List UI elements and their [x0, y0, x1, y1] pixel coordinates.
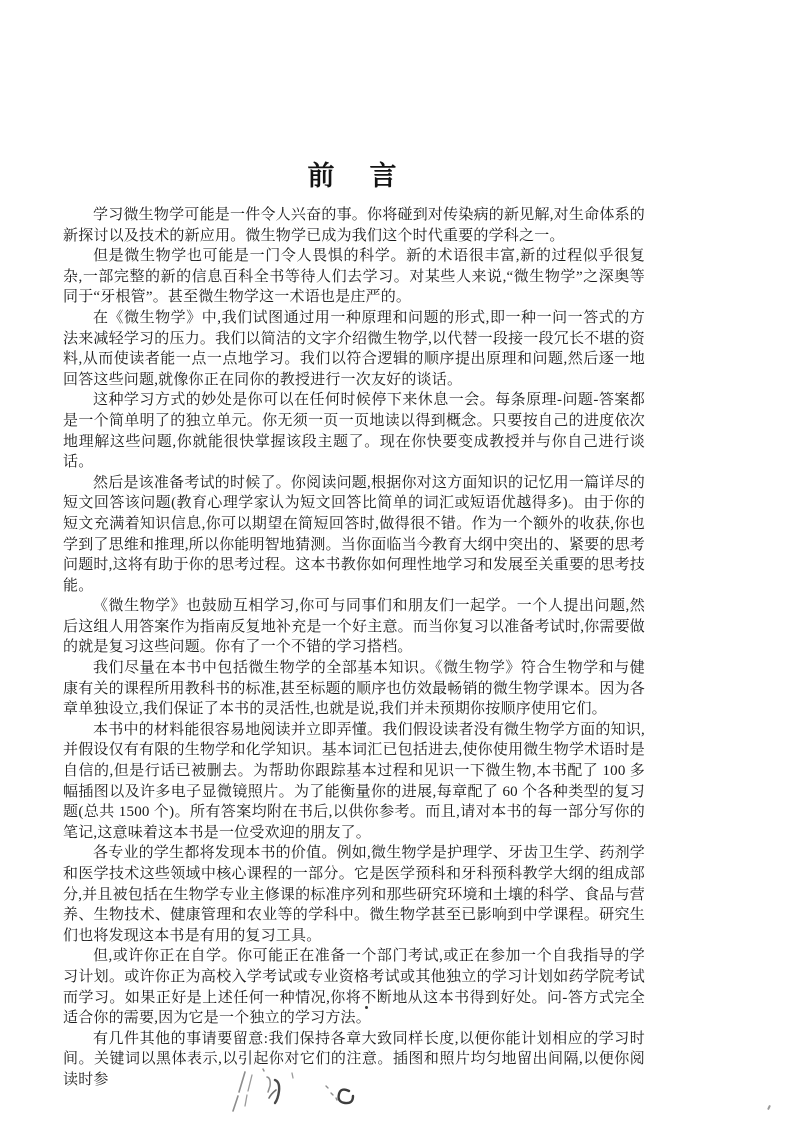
preface-body: 学习微生物学可能是一件令人兴奋的事。你将碰到对传染病的新见解,对生命体系的新探讨…: [63, 205, 645, 1091]
scan-edge-speck: [767, 1105, 771, 1110]
print-speck: [365, 1006, 368, 1009]
preface-paragraph-5: 然后是该准备考试的时候了。你阅读问题,根据你对这方面知识的记忆用一篇详尽的短文回…: [63, 473, 645, 597]
preface-paragraph-9: 各专业的学生都将发现本书的价值。例如,微生物学是护理学、牙齿卫生学、药剂学和医学…: [63, 843, 645, 946]
preface-paragraph-1: 学习微生物学可能是一件令人兴奋的事。你将碰到对传染病的新见解,对生命体系的新探讨…: [63, 205, 645, 246]
handwritten-pencil-mark: [225, 1064, 360, 1118]
preface-paragraph-3: 在《微生物学》中,我们试图通过用一种原理和问题的形式,即一种一问一答式的方法来减…: [63, 308, 645, 390]
preface-paragraph-2: 但是微生物学也可能是一门令人畏惧的科学。新的术语很丰富,新的过程似乎很复杂,一部…: [63, 246, 645, 308]
preface-paragraph-4: 这种学习方式的妙处是你可以在任何时候停下来休息一会。每条原理-问题-答案都是一个…: [63, 390, 645, 472]
preface-paragraph-6: 《微生物学》也鼓励互相学习,你可与同事们和朋友们一起学。一个人提出问题,然后这组…: [63, 596, 645, 658]
preface-paragraph-8: 本书中的材料能很容易地阅读并立即弄懂。我们假设读者没有微生物学方面的知识,并假设…: [63, 720, 645, 844]
preface-paragraph-10: 但,或许你正在自学。你可能正在准备一个部门考试,或正在参加一个自我指导的学习计划…: [63, 946, 645, 1028]
preface-paragraph-7: 我们尽量在本书中包括微生物学的全部基本知识。《微生物学》符合生物学和与健康有关的…: [63, 658, 645, 720]
scanned-book-page: 前 言 学习微生物学可能是一件令人兴奋的事。你将碰到对传染病的新见解,对生命体系…: [0, 0, 793, 1122]
page-title: 前 言: [63, 161, 645, 191]
